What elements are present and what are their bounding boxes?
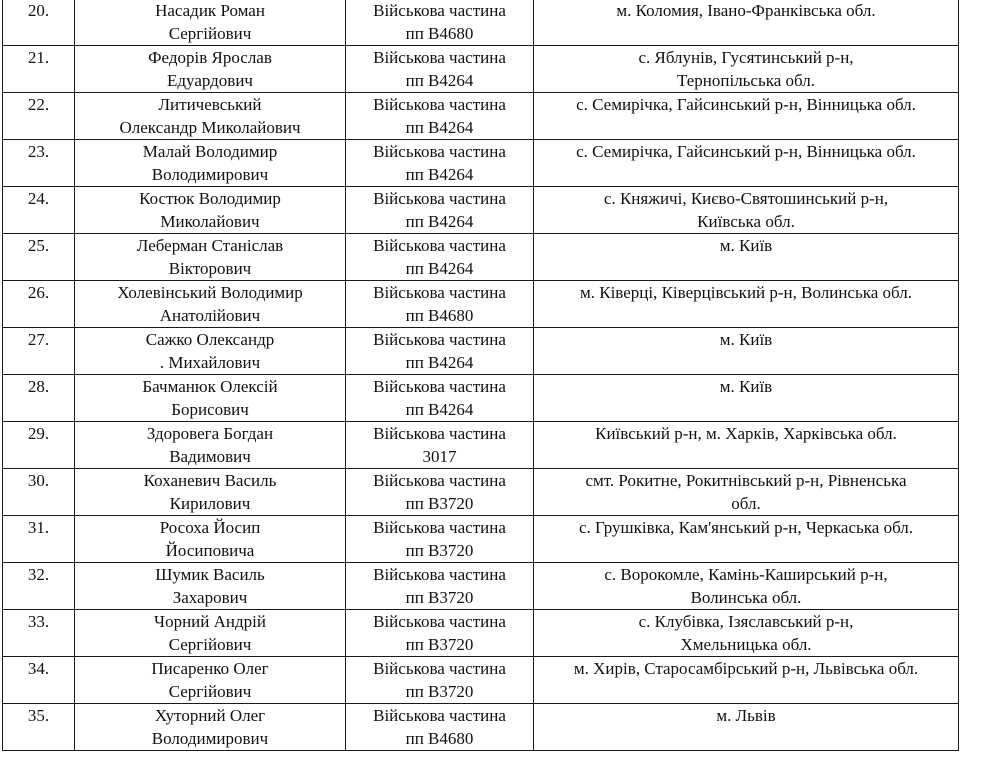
address-line: м. Львів (538, 704, 954, 727)
table-row: 20. Насадик РоманСергійович Військова ча… (3, 0, 959, 46)
table-row: 33. Чорний АндрійСергійович Військова ча… (3, 610, 959, 657)
military-unit-line: Військова частина (350, 234, 529, 257)
address-line: Хмельницька обл. (538, 633, 954, 656)
address-cell: с. Семирічка, Гайсинський р-н, Вінницька… (534, 93, 959, 140)
full-name-line: . Михайлович (79, 351, 341, 374)
address-line: м. Київ (538, 234, 954, 257)
row-number-cell: 32. (3, 563, 75, 610)
address-line: м. Ківерці, Ківерцівський р-н, Волинська… (538, 281, 954, 304)
address-line: с. Грушківка, Кам'янський р-н, Черкаська… (538, 516, 954, 539)
full-name-cell: Хуторний ОлегВолодимирович (75, 704, 346, 751)
military-unit-cell: Військова частинапп В3720 (346, 516, 534, 563)
row-number: 22. (7, 93, 70, 116)
row-number-cell: 35. (3, 704, 75, 751)
full-name-line: Вадимович (79, 445, 341, 468)
row-number-cell: 27. (3, 328, 75, 375)
military-unit-line: пп В3720 (350, 539, 529, 562)
address-line: с. Семирічка, Гайсинський р-н, Вінницька… (538, 140, 954, 163)
full-name-line: Анатолійович (79, 304, 341, 327)
address-line: обл. (538, 492, 954, 515)
military-unit-line: Військова частина (350, 46, 529, 69)
address-cell: м. Хирів, Старосамбірський р-н, Львівськ… (534, 657, 959, 704)
full-name-cell: Холевінський ВолодимирАнатолійович (75, 281, 346, 328)
military-unit-line: пп В3720 (350, 492, 529, 515)
table-row: 27. Сажко Олександр. Михайлович Військов… (3, 328, 959, 375)
military-unit-line: Військова частина (350, 281, 529, 304)
address-cell: с. Яблунів, Гусятинський р-н,Тернопільсь… (534, 46, 959, 93)
address-line: Тернопільська обл. (538, 69, 954, 92)
full-name-cell: Шумик ВасильЗахарович (75, 563, 346, 610)
table-row: 28. Бачманюк ОлексійБорисович Військова … (3, 375, 959, 422)
military-unit-line: Військова частина (350, 187, 529, 210)
military-unit-line: Військова частина (350, 610, 529, 633)
full-name-cell: Костюк ВолодимирМиколайович (75, 187, 346, 234)
military-unit-line: пп В4264 (350, 398, 529, 421)
military-unit-line: пп В4680 (350, 727, 529, 750)
full-name-cell: Насадик РоманСергійович (75, 0, 346, 46)
full-name-line: Насадик Роман (79, 0, 341, 22)
row-number: 26. (7, 281, 70, 304)
row-number-cell: 33. (3, 610, 75, 657)
full-name-cell: Чорний АндрійСергійович (75, 610, 346, 657)
full-name-line: Хуторний Олег (79, 704, 341, 727)
full-name-line: Литичевський (79, 93, 341, 116)
personnel-table: 20. Насадик РоманСергійович Військова ча… (2, 0, 959, 751)
military-unit-line: Військова частина (350, 657, 529, 680)
full-name-line: Леберман Станіслав (79, 234, 341, 257)
military-unit-cell: Військова частинапп В4264 (346, 93, 534, 140)
row-number-cell: 28. (3, 375, 75, 422)
address-cell: м. Київ (534, 328, 959, 375)
table-row: 30. Коханевич ВасильКирилович Військова … (3, 469, 959, 516)
address-cell: с. Ворокомле, Камінь-Каширський р-н,Воли… (534, 563, 959, 610)
row-number-cell: 22. (3, 93, 75, 140)
row-number-cell: 20. (3, 0, 75, 46)
military-unit-line: 3017 (350, 445, 529, 468)
table-row: 26. Холевінський ВолодимирАнатолійович В… (3, 281, 959, 328)
full-name-line: Борисович (79, 398, 341, 421)
military-unit-line: Військова частина (350, 563, 529, 586)
address-line: м. Хирів, Старосамбірський р-н, Львівськ… (538, 657, 954, 680)
full-name-line: Миколайович (79, 210, 341, 233)
row-number-cell: 31. (3, 516, 75, 563)
address-line: с. Клубівка, Ізяславський р-н, (538, 610, 954, 633)
table-row: 23. Малай ВолодимирВолодимирович Військо… (3, 140, 959, 187)
address-cell: м. Київ (534, 375, 959, 422)
address-line: Волинська обл. (538, 586, 954, 609)
full-name-line: Холевінський Володимир (79, 281, 341, 304)
full-name-cell: Росоха ЙосипЙосиповича (75, 516, 346, 563)
row-number: 27. (7, 328, 70, 351)
address-cell: с. Клубівка, Ізяславський р-н,Хмельницьк… (534, 610, 959, 657)
table-body: 20. Насадик РоманСергійович Військова ча… (3, 0, 959, 751)
military-unit-line: Військова частина (350, 422, 529, 445)
military-unit-cell: Військова частинапп В4264 (346, 234, 534, 281)
row-number-cell: 24. (3, 187, 75, 234)
military-unit-line: пп В4264 (350, 116, 529, 139)
row-number: 25. (7, 234, 70, 257)
table-row: 24. Костюк ВолодимирМиколайович Військов… (3, 187, 959, 234)
full-name-line: Сергійович (79, 22, 341, 45)
address-cell: м. Коломия, Івано-Франківська обл. (534, 0, 959, 46)
row-number-cell: 29. (3, 422, 75, 469)
full-name-line: Малай Володимир (79, 140, 341, 163)
table-row: 22. ЛитичевськийОлександр Миколайович Ві… (3, 93, 959, 140)
military-unit-line: Військова частина (350, 140, 529, 163)
military-unit-cell: Військова частинапп В3720 (346, 563, 534, 610)
address-line: с. Княжичі, Києво-Святошинський р-н, (538, 187, 954, 210)
military-unit-line: пп В3720 (350, 586, 529, 609)
address-cell: с. Грушківка, Кам'янський р-н, Черкаська… (534, 516, 959, 563)
full-name-line: Чорний Андрій (79, 610, 341, 633)
address-cell: м. Ківерці, Ківерцівський р-н, Волинська… (534, 281, 959, 328)
full-name-line: Йосиповича (79, 539, 341, 562)
full-name-line: Володимирович (79, 727, 341, 750)
address-line: Київська обл. (538, 210, 954, 233)
military-unit-line: Військова частина (350, 375, 529, 398)
full-name-line: Сергійович (79, 633, 341, 656)
address-line: м. Київ (538, 328, 954, 351)
row-number-cell: 30. (3, 469, 75, 516)
full-name-cell: Сажко Олександр. Михайлович (75, 328, 346, 375)
military-unit-line: Військова частина (350, 469, 529, 492)
address-line: м. Київ (538, 375, 954, 398)
row-number-cell: 26. (3, 281, 75, 328)
full-name-cell: Коханевич ВасильКирилович (75, 469, 346, 516)
table-row: 31. Росоха ЙосипЙосиповича Військова час… (3, 516, 959, 563)
full-name-line: Вікторович (79, 257, 341, 280)
full-name-line: Едуардович (79, 69, 341, 92)
row-number: 29. (7, 422, 70, 445)
military-unit-line: пп В4264 (350, 69, 529, 92)
full-name-line: Кирилович (79, 492, 341, 515)
full-name-line: Олександр Миколайович (79, 116, 341, 139)
full-name-line: Сергійович (79, 680, 341, 703)
full-name-cell: Здоровега БогданВадимович (75, 422, 346, 469)
row-number: 28. (7, 375, 70, 398)
address-cell: с. Семирічка, Гайсинський р-н, Вінницька… (534, 140, 959, 187)
full-name-cell: Бачманюк ОлексійБорисович (75, 375, 346, 422)
military-unit-line: пп В4264 (350, 257, 529, 280)
military-unit-cell: Військова частина3017 (346, 422, 534, 469)
full-name-line: Захарович (79, 586, 341, 609)
address-line: м. Коломия, Івано-Франківська обл. (538, 0, 954, 22)
military-unit-cell: Військова частинапп В4680 (346, 704, 534, 751)
full-name-line: Здоровега Богдан (79, 422, 341, 445)
table-row: 35. Хуторний ОлегВолодимирович Військова… (3, 704, 959, 751)
military-unit-cell: Військова частинапп В4680 (346, 281, 534, 328)
full-name-cell: Писаренко ОлегСергійович (75, 657, 346, 704)
military-unit-line: пп В4264 (350, 210, 529, 233)
row-number: 21. (7, 46, 70, 69)
military-unit-line: Військова частина (350, 93, 529, 116)
row-number: 23. (7, 140, 70, 163)
address-line: смт. Рокитне, Рокитнівський р-н, Рівненс… (538, 469, 954, 492)
full-name-cell: ЛитичевськийОлександр Миколайович (75, 93, 346, 140)
address-cell: м. Київ (534, 234, 959, 281)
row-number: 30. (7, 469, 70, 492)
row-number-cell: 25. (3, 234, 75, 281)
address-cell: Київський р-н, м. Харків, Харківська обл… (534, 422, 959, 469)
military-unit-cell: Військова частинапп В4264 (346, 375, 534, 422)
address-line: с. Семирічка, Гайсинський р-н, Вінницька… (538, 93, 954, 116)
row-number: 31. (7, 516, 70, 539)
row-number: 33. (7, 610, 70, 633)
row-number-cell: 23. (3, 140, 75, 187)
row-number: 32. (7, 563, 70, 586)
row-number: 20. (7, 0, 70, 22)
military-unit-cell: Військова частинапп В3720 (346, 657, 534, 704)
full-name-line: Федорів Ярослав (79, 46, 341, 69)
row-number: 34. (7, 657, 70, 680)
full-name-line: Сажко Олександр (79, 328, 341, 351)
military-unit-line: пп В3720 (350, 633, 529, 656)
table-row: 25. Леберман СтаніславВікторович Військо… (3, 234, 959, 281)
military-unit-line: пп В4264 (350, 163, 529, 186)
full-name-line: Шумик Василь (79, 563, 341, 586)
military-unit-line: Військова частина (350, 0, 529, 22)
address-line: с. Ворокомле, Камінь-Каширський р-н, (538, 563, 954, 586)
military-unit-line: пп В4680 (350, 304, 529, 327)
address-line: Київський р-н, м. Харків, Харківська обл… (538, 422, 954, 445)
row-number-cell: 21. (3, 46, 75, 93)
address-cell: смт. Рокитне, Рокитнівський р-н, Рівненс… (534, 469, 959, 516)
full-name-line: Писаренко Олег (79, 657, 341, 680)
full-name-line: Росоха Йосип (79, 516, 341, 539)
military-unit-line: пп В4264 (350, 351, 529, 374)
military-unit-line: Військова частина (350, 328, 529, 351)
military-unit-cell: Військова частинапп В4264 (346, 187, 534, 234)
full-name-cell: Федорів ЯрославЕдуардович (75, 46, 346, 93)
full-name-line: Бачманюк Олексій (79, 375, 341, 398)
address-cell: м. Львів (534, 704, 959, 751)
address-line: с. Яблунів, Гусятинський р-н, (538, 46, 954, 69)
military-unit-cell: Військова частинапп В3720 (346, 469, 534, 516)
military-unit-line: пп В4680 (350, 22, 529, 45)
table-row: 29. Здоровега БогданВадимович Військова … (3, 422, 959, 469)
address-cell: с. Княжичі, Києво-Святошинський р-н,Київ… (534, 187, 959, 234)
military-unit-line: Військова частина (350, 516, 529, 539)
military-unit-cell: Військова частинапп В4264 (346, 328, 534, 375)
military-unit-line: Військова частина (350, 704, 529, 727)
military-unit-cell: Військова частинапп В3720 (346, 610, 534, 657)
military-unit-cell: Військова частинапп В4264 (346, 46, 534, 93)
row-number: 35. (7, 704, 70, 727)
full-name-cell: Леберман СтаніславВікторович (75, 234, 346, 281)
full-name-line: Володимирович (79, 163, 341, 186)
full-name-cell: Малай ВолодимирВолодимирович (75, 140, 346, 187)
table-row: 34. Писаренко ОлегСергійович Військова ч… (3, 657, 959, 704)
military-unit-cell: Військова частинапп В4264 (346, 140, 534, 187)
table-row: 32. Шумик ВасильЗахарович Військова част… (3, 563, 959, 610)
full-name-line: Коханевич Василь (79, 469, 341, 492)
row-number: 24. (7, 187, 70, 210)
military-unit-line: пп В3720 (350, 680, 529, 703)
row-number-cell: 34. (3, 657, 75, 704)
table-row: 21. Федорів ЯрославЕдуардович Військова … (3, 46, 959, 93)
military-unit-cell: Військова частинапп В4680 (346, 0, 534, 46)
full-name-line: Костюк Володимир (79, 187, 341, 210)
